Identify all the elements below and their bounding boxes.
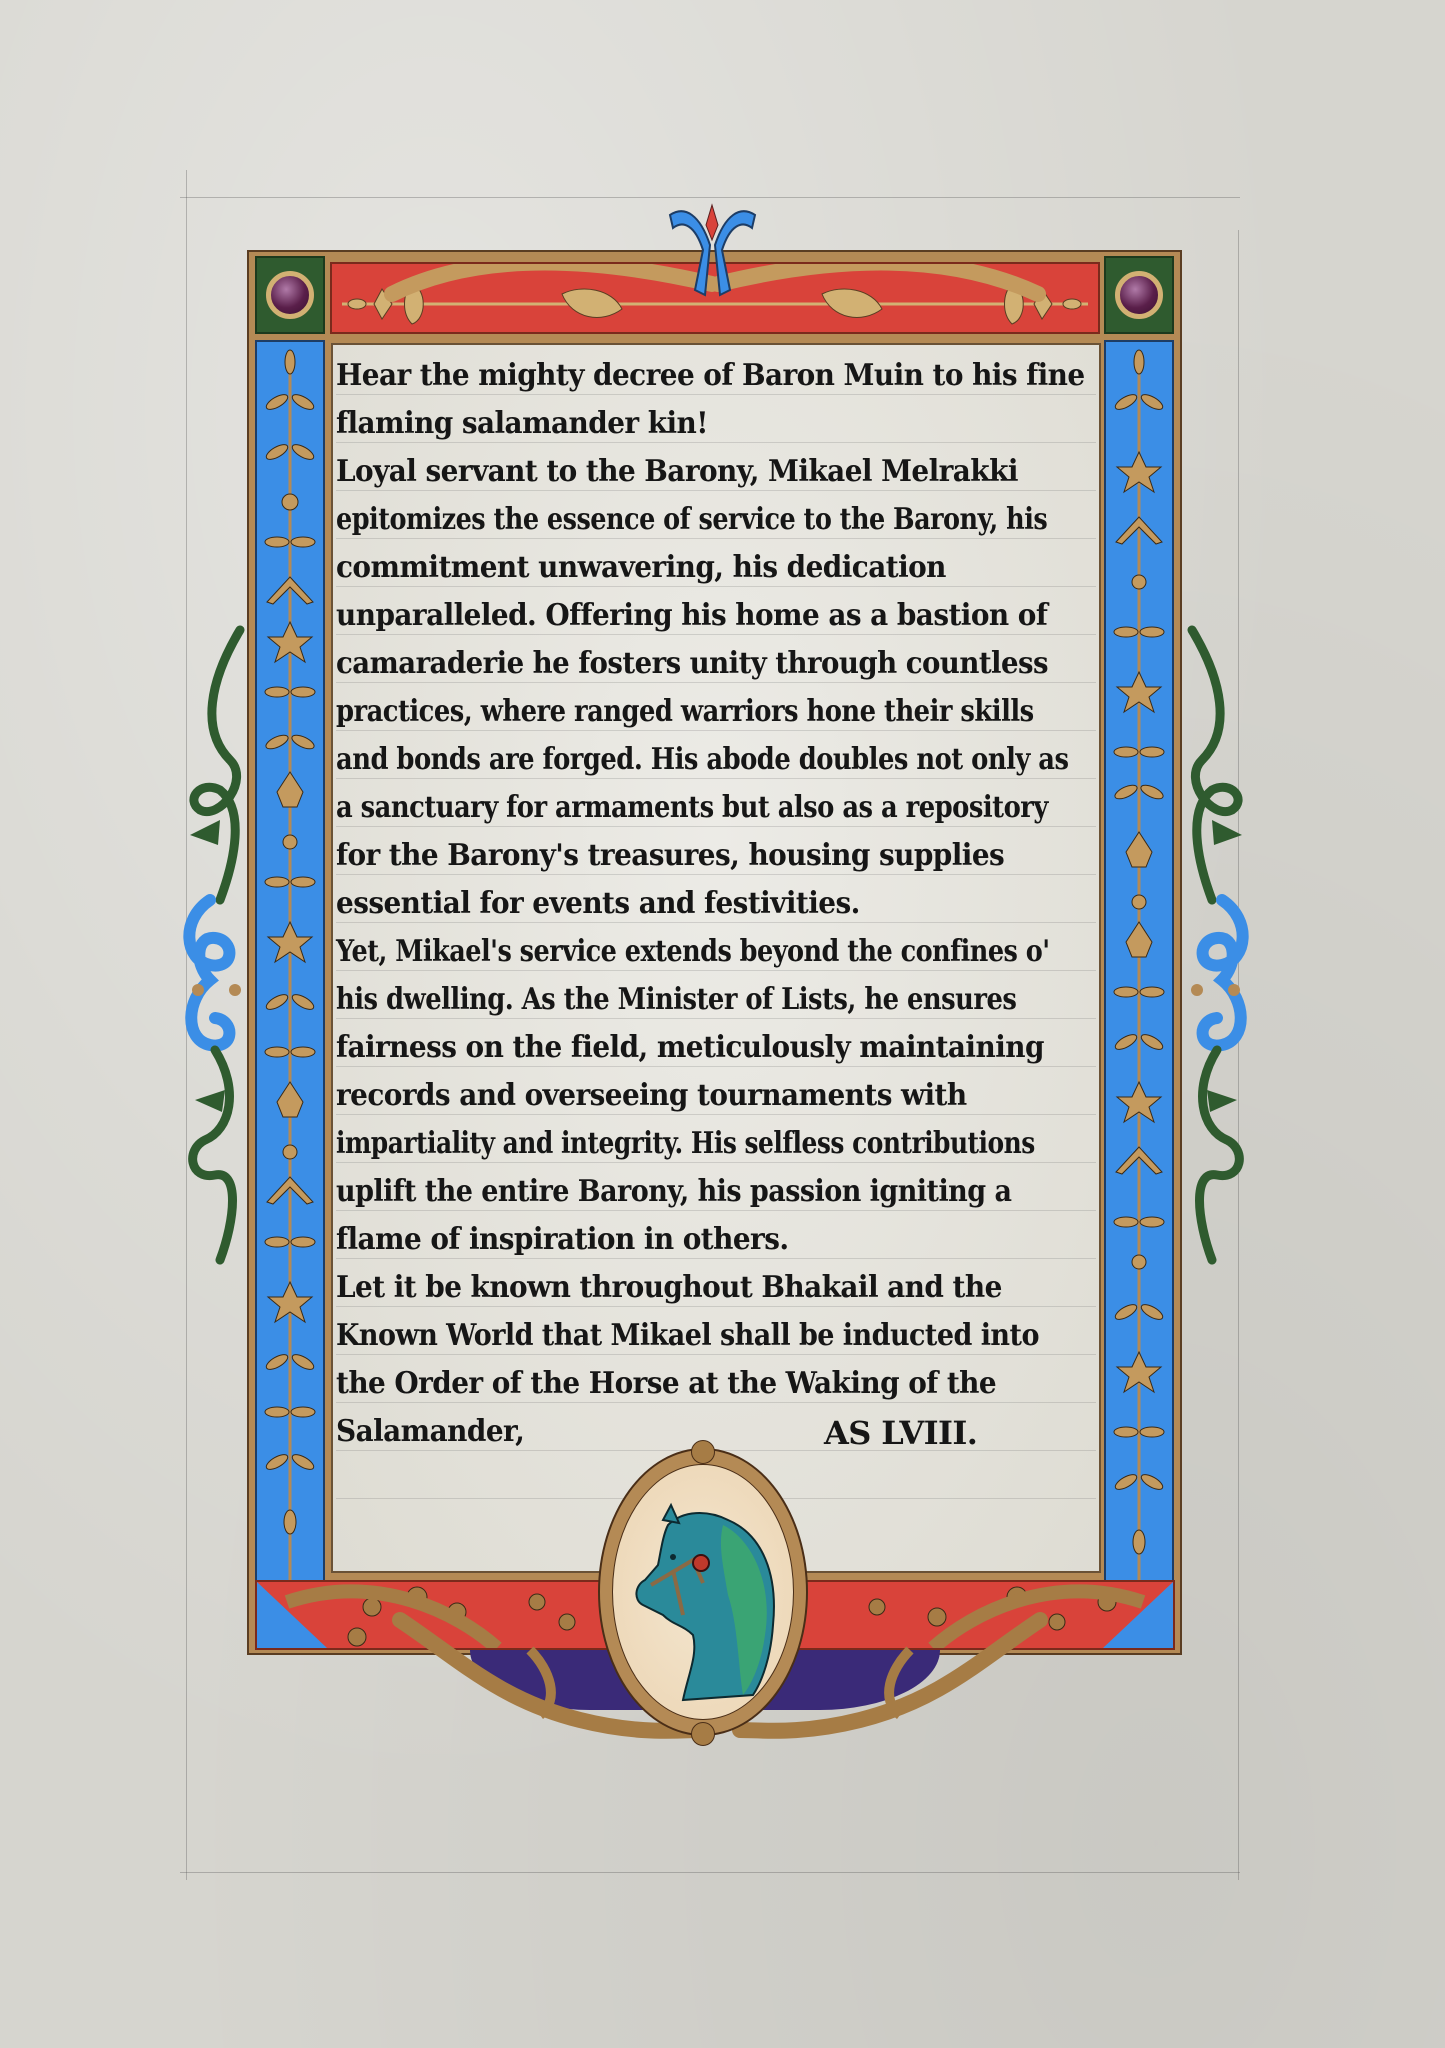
text-line: Salamander,	[336, 1414, 524, 1449]
text-line: fairness on the field, meticulously main…	[336, 1030, 1044, 1065]
text-line: epitomizes the essence of service to the…	[336, 502, 1047, 537]
text-line: commitment unwavering, his dedication	[336, 550, 946, 585]
text-line: Loyal servant to the Barony, Mikael Melr…	[336, 454, 1018, 489]
medallion-bottom-stud	[691, 1722, 715, 1746]
text-line: uplift the entire Barony, his passion ig…	[336, 1174, 1011, 1209]
medallion-top-stud	[691, 1440, 715, 1464]
blue-ribbon-bow-icon	[655, 200, 770, 305]
text-line: flame of inspiration in others.	[336, 1222, 789, 1257]
text-line: essential for events and festivities.	[336, 886, 860, 921]
text-line: practices, where ranged warriors hone th…	[336, 694, 1034, 729]
right-vine-flourish-icon	[1172, 620, 1252, 1280]
text-line: Hear the mighty decree of Baron Muin to …	[336, 358, 1085, 393]
text-line: his dwelling. As the Minister of Lists, …	[336, 982, 1016, 1017]
text-line: flaming salamander kin!	[336, 406, 708, 441]
top-left-corner	[255, 256, 325, 334]
text-line: Yet, Mikael's service extends beyond the…	[336, 934, 1050, 969]
purple-gem-icon	[266, 271, 314, 319]
left-floral-vine-icon	[257, 342, 323, 1638]
text-line: impartiality and integrity. His selfless…	[336, 1126, 1035, 1161]
horse-medallion	[598, 1448, 808, 1736]
text-line: records and overseeing tournaments with	[336, 1078, 967, 1113]
right-border-band	[1104, 340, 1174, 1640]
text-line: camaraderie he fosters unity through cou…	[336, 646, 1048, 681]
text-line: for the Barony's treasures, housing supp…	[336, 838, 1004, 873]
text-line: a sanctuary for armaments but also as a …	[336, 790, 1048, 825]
margin-rule-top	[180, 197, 1240, 198]
top-right-corner	[1104, 256, 1174, 334]
horse-head-icon	[613, 1465, 794, 1720]
text-line: Known World that Mikael shall be inducte…	[336, 1318, 1039, 1353]
margin-rule-bottom	[180, 1872, 1240, 1873]
purple-gem-icon	[1115, 271, 1163, 319]
text-line: the Order of the Horse at the Waking of …	[336, 1366, 996, 1401]
right-floral-vine-icon	[1106, 342, 1172, 1638]
text-line: Let it be known throughout Bhakail and t…	[336, 1270, 1002, 1305]
text-line: unparalleled. Offering his home as a bas…	[336, 598, 1047, 633]
date-line: AS LVIII.	[824, 1414, 977, 1452]
text-line: and bonds are forged. His abode doubles …	[336, 742, 1069, 777]
left-border-band	[255, 340, 325, 1640]
